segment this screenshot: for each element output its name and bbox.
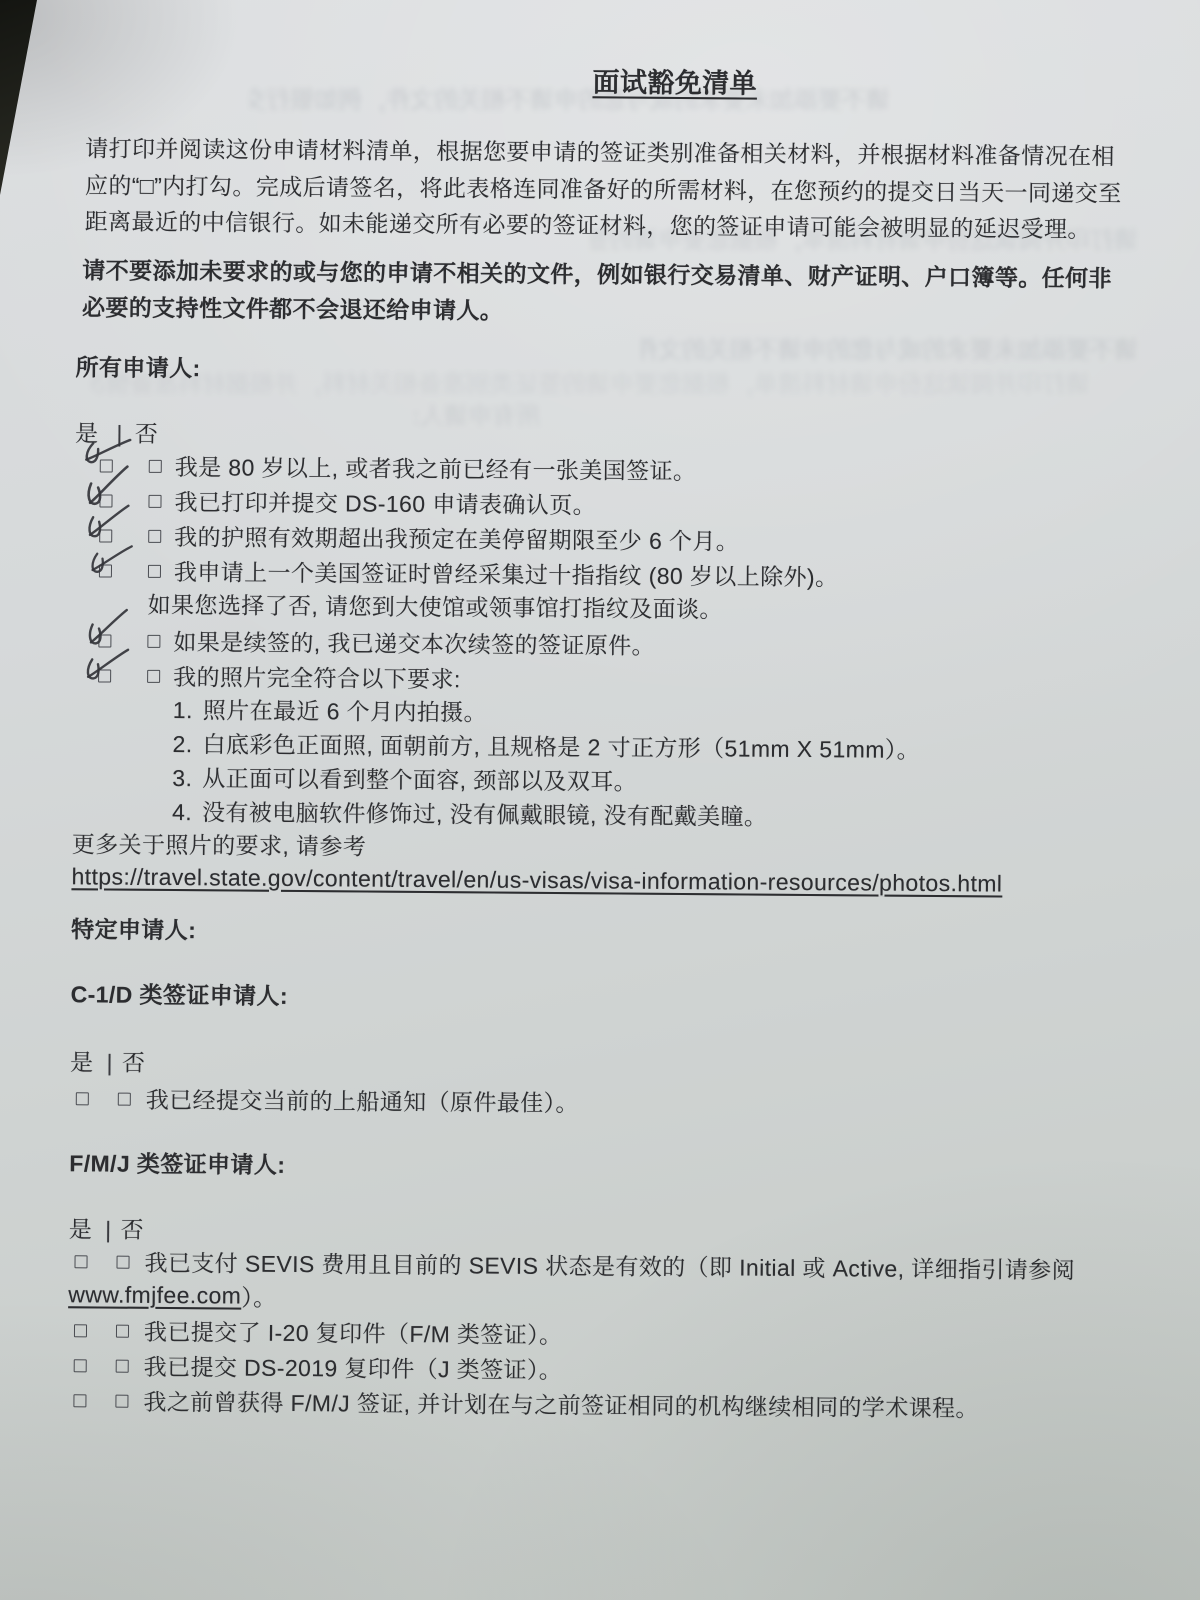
section-heading-c1d: C-1/D 类签证申请人: bbox=[71, 979, 1129, 1017]
no-checkbox bbox=[147, 670, 160, 683]
yes-label: 是 bbox=[75, 419, 99, 447]
no-checkbox bbox=[115, 1395, 128, 1408]
photo-rule-text: 白底彩色正面照, 面朝前方, 且规格是 2 寸正方形（51mm X 51mm）。 bbox=[202, 727, 920, 767]
photo-rule-number: 4. bbox=[172, 795, 192, 829]
photo-rule-text: 从正面可以看到整个面容, 颈部以及双耳。 bbox=[202, 761, 637, 798]
photo-rule-text: 没有被电脑软件修饰过, 没有佩戴眼镜, 没有配戴美瞳。 bbox=[202, 795, 768, 833]
yes-checkbox bbox=[73, 1394, 86, 1407]
checklist-item-text: 如果是续签的, 我已递交本次续签的签证原件。 bbox=[173, 624, 655, 661]
checklist-item-text: 我已打印并提交 DS-160 申请表确认页。 bbox=[174, 484, 596, 520]
yes-checkbox bbox=[99, 529, 112, 542]
yes-no-divider: | bbox=[105, 1215, 112, 1243]
link-text: www.fmjfee.com bbox=[68, 1281, 241, 1309]
checklist-item-text: 我已支付 SEVIS 费用且目前的 SEVIS 状态是有效的（即 Initial… bbox=[144, 1244, 1075, 1284]
warning-paragraph: 请不要添加未要求的或与您的申请不相关的文件，例如银行交易清单、财产证明、户口簿等… bbox=[76, 252, 1135, 334]
photo-background-corner bbox=[0, 0, 44, 200]
photo-rule-text: 照片在最近 6 个月内拍摄。 bbox=[203, 693, 487, 729]
no-checkbox bbox=[149, 460, 162, 473]
no-checkbox bbox=[116, 1256, 129, 1269]
photo-of-document: 请不要添加未要求的或与您的申请不相关的文件，例如银行交易清单、财产证明、户口簿等… bbox=[0, 0, 1200, 1600]
yes-checkbox bbox=[74, 1359, 87, 1372]
page-title: 面试豁免清单 bbox=[78, 62, 1136, 102]
no-label: 否 bbox=[120, 1215, 144, 1243]
section-heading-all-applicants: 所有申请人: bbox=[75, 352, 1133, 390]
no-label: 否 bbox=[122, 1048, 146, 1076]
yes-checkbox bbox=[74, 1324, 87, 1337]
link-text: https://travel.state.gov/content/travel/… bbox=[71, 863, 1002, 896]
checklist-item-text: 我之前曾获得 F/M/J 签证, 并计划在与之前签证相同的机构继续相同的学术课程… bbox=[143, 1383, 979, 1423]
yes-label: 是 bbox=[70, 1048, 94, 1076]
checklist-item-text: 我已提交了 I-20 复印件（F/M 类签证）。 bbox=[144, 1313, 563, 1349]
yes-no-divider: | bbox=[116, 419, 123, 447]
checklist-item: 我之前曾获得 F/M/J 签证, 并计划在与之前签证相同的机构继续相同的学术课程… bbox=[67, 1382, 1125, 1425]
checklist-item-text: 我已提交 DS-2019 复印件（J 类签证）。 bbox=[144, 1348, 563, 1384]
photo-rule-number: 1. bbox=[173, 693, 193, 727]
no-checkbox bbox=[148, 530, 161, 543]
photo-rule-number: 3. bbox=[172, 761, 192, 795]
yes-checkbox bbox=[76, 1092, 89, 1105]
checklist-item: 我已经提交当前的上船通知（原件最佳）。 bbox=[70, 1080, 1128, 1123]
yes-no-header: 是 | 否 bbox=[70, 1048, 1128, 1084]
checklist-item-text: 我申请上一个美国签证时曾经采集过十指指纹 (80 岁以上除外)。 bbox=[174, 554, 839, 592]
checklist-item-text: 我已经提交当前的上船通知（原件最佳）。 bbox=[146, 1081, 579, 1117]
no-label: 否 bbox=[135, 419, 159, 447]
yes-checkbox bbox=[98, 634, 111, 647]
section-heading-fmj: F/M/J 类签证申请人: bbox=[69, 1148, 1127, 1186]
yes-label: 是 bbox=[69, 1215, 93, 1243]
no-checkbox bbox=[148, 565, 161, 578]
no-checkbox bbox=[118, 1093, 131, 1106]
no-checkbox bbox=[148, 495, 161, 508]
no-checkbox bbox=[116, 1325, 129, 1338]
photo-rule-number: 2. bbox=[172, 727, 192, 761]
checklist-item-text: 我的照片完全符合以下要求: bbox=[173, 659, 461, 694]
yes-checkbox bbox=[98, 669, 111, 682]
checklist-item-text: 我是 80 岁以上, 或者我之前已经有一张美国签证。 bbox=[175, 449, 697, 486]
intro-paragraph: 请打印并阅读这份申请材料清单，根据您要申请的签证类别准备相关材料，并根据材料准备… bbox=[77, 130, 1136, 248]
document-page: 面试豁免清单 请打印并阅读这份申请材料清单，根据您要申请的签证类别准备相关材料，… bbox=[67, 54, 1136, 1425]
yes-checkbox bbox=[99, 494, 112, 507]
no-checkbox bbox=[147, 635, 160, 648]
no-checkbox bbox=[116, 1360, 129, 1373]
yes-checkbox bbox=[100, 459, 113, 472]
checklist-item-text: ）。 bbox=[241, 1280, 277, 1313]
checklist-item-text: 我的护照有效期超出我预定在美停留期限至少 6 个月。 bbox=[174, 519, 739, 556]
yes-checkbox bbox=[74, 1255, 87, 1268]
yes-no-divider: | bbox=[106, 1048, 113, 1076]
yes-checkbox bbox=[99, 564, 112, 577]
section-heading-specific-applicants: 特定申请人: bbox=[71, 914, 1129, 952]
